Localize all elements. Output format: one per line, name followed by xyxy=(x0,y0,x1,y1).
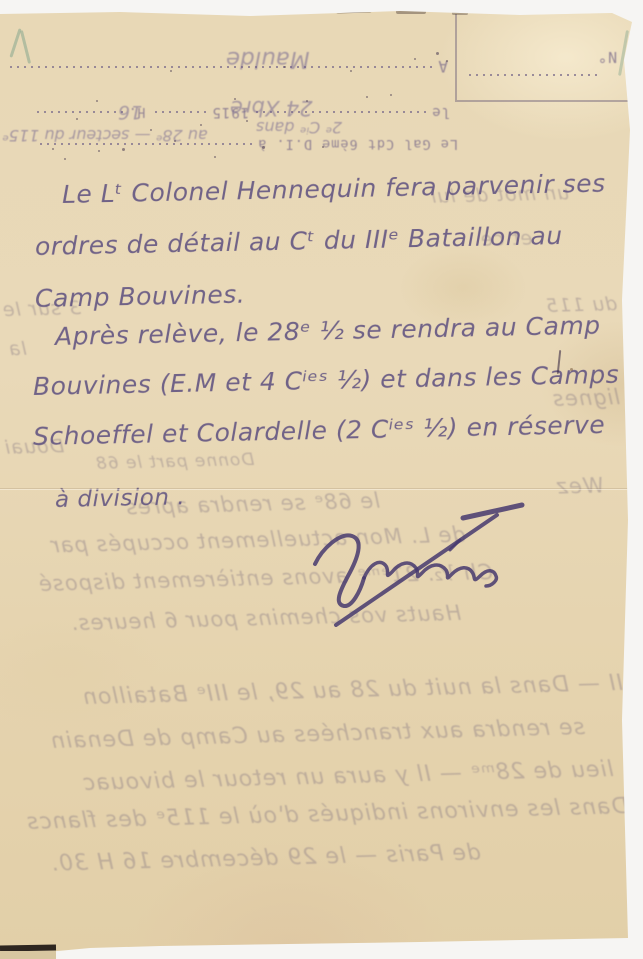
number-dotted-line xyxy=(469,74,602,76)
sender-stamp-label: Le Gal Cdt 6ème D.I. à xyxy=(257,136,458,152)
ink-speck xyxy=(98,150,100,152)
letter-line: Schoeffel et Colardelle (2 Cⁱᵉˢ ½) en ré… xyxy=(33,410,606,451)
ink-speck xyxy=(246,120,248,122)
edge-smudge xyxy=(336,7,372,13)
scanned-document: N° A le 1915 H. Le Gal Cdt 6ème D.I. à M… xyxy=(0,0,643,959)
bleed-line: lieu de 28ᵐᵉ — Il y aura un retour le bi… xyxy=(82,757,614,796)
ink-speck xyxy=(446,60,448,62)
ink-speck xyxy=(322,146,324,148)
bleed-line: Donne part le 68 xyxy=(95,450,255,474)
ink-speck xyxy=(150,129,152,131)
ink-speck xyxy=(200,124,202,126)
paper-sheet: N° A le 1915 H. Le Gal Cdt 6ème D.I. à M… xyxy=(0,0,643,959)
ink-speck xyxy=(170,70,172,72)
letter-line: ordres de détail au Cᵗ du IIIᵉ Bataillon… xyxy=(35,221,563,261)
handwritten-sector-right: 2ᵉ Cⁱᵉ dans xyxy=(256,118,342,137)
edge-smudge xyxy=(452,12,468,15)
ink-speck xyxy=(306,100,308,102)
letter-line: Camp Bouvines. xyxy=(35,280,246,313)
bleed-line: se rendra aux tranchées au Camp de Denai… xyxy=(50,715,586,754)
ink-speck xyxy=(234,98,236,100)
handwritten-time: 16 xyxy=(118,101,142,123)
bleed-line: la xyxy=(8,338,27,360)
ink-speck xyxy=(262,146,265,149)
ink-speck xyxy=(390,94,392,96)
bleed-line: Wez xyxy=(556,473,604,498)
ink-speck xyxy=(214,156,216,158)
number-box: N° xyxy=(455,14,633,102)
bleed-line: Dans les environs indiqués d'où le 115ᵉ … xyxy=(26,794,629,835)
ink-speck xyxy=(174,140,176,142)
handwritten-sector-left: au 28ᵉ — secteur du 115ᵉ xyxy=(2,126,208,145)
addressee-line: A xyxy=(0,56,448,78)
number-label: N° xyxy=(597,48,617,66)
fold-crease-highlight xyxy=(0,489,643,490)
letter-line: Après relève, le 28ᵉ ½ se rendra au Camp xyxy=(55,311,601,351)
under-sheet xyxy=(0,951,56,959)
ink-speck xyxy=(96,100,98,102)
ink-speck xyxy=(122,148,125,151)
dotted-leader xyxy=(35,111,123,113)
edge-smudge xyxy=(396,10,426,14)
letter-line: Bouvines (E.M et 4 Cⁱᵉˢ ½) et dans les C… xyxy=(33,360,620,401)
stain-speck xyxy=(570,368,573,371)
dotted-leader xyxy=(150,111,206,113)
ink-speck xyxy=(284,66,286,68)
bleed-line: II — Dans la nuit du 28 au 29, le IIIᵉ B… xyxy=(82,671,623,710)
handwritten-place: Maulde xyxy=(226,46,310,72)
ink-speck xyxy=(76,118,78,120)
ink-speck xyxy=(366,96,368,98)
date-prefix-label: le xyxy=(431,104,450,120)
ink-speck xyxy=(52,148,54,150)
ink-speck xyxy=(350,70,352,72)
ink-speck xyxy=(414,58,416,60)
edge-smudge xyxy=(56,2,70,7)
ink-speck xyxy=(436,52,439,55)
handwritten-date: 24 Xbre xyxy=(230,96,313,120)
bleed-line: de Paris — le 29 décembre 16 H 30. xyxy=(50,840,482,876)
dotted-leader xyxy=(5,66,432,68)
ink-speck xyxy=(64,158,66,160)
signature xyxy=(300,494,540,646)
